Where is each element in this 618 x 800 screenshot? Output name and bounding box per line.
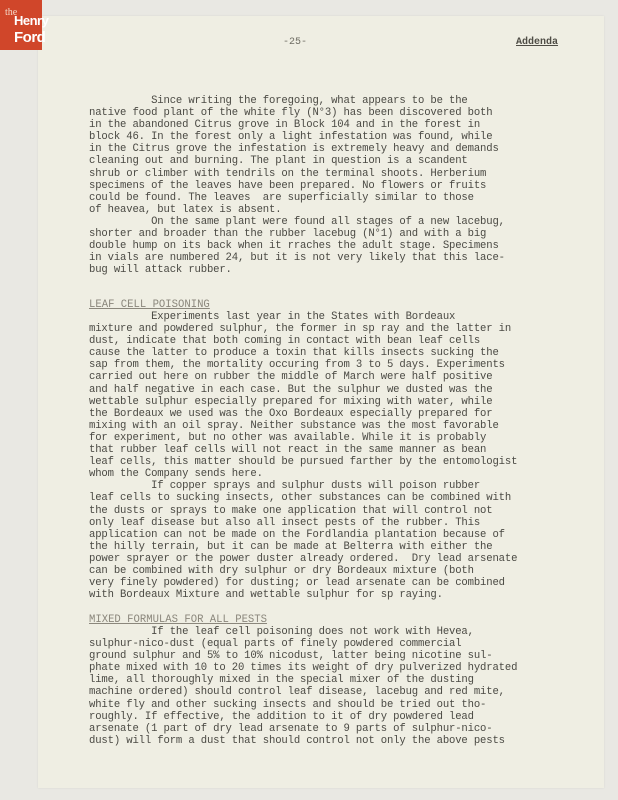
text-line: whom the Company sends here.	[89, 468, 517, 480]
text-line: that rubber leaf cells will not react in…	[89, 444, 517, 456]
text-line: If copper sprays and sulphur dusts will …	[89, 480, 517, 492]
heading-mixed-formulas: MIXED FORMULAS FOR ALL PESTS	[89, 614, 267, 626]
text-line: double hump on its back when it rraches …	[89, 240, 505, 252]
text-line: the dusts or sprays to make one applicat…	[89, 505, 517, 517]
text-line: only leaf disease but also all insect pe…	[89, 517, 517, 529]
text-line: block 46. In the forest only a light inf…	[89, 131, 505, 143]
text-line: in vials are numbered 24, but it is not …	[89, 252, 505, 264]
text-line: lime, all thoroughly mixed in the specia…	[89, 674, 517, 686]
text-line: cleaning out and burning. The plant in q…	[89, 155, 505, 167]
text-line: for experiment, but no other was availab…	[89, 432, 517, 444]
text-line: mixing with an oil spray. Neither substa…	[89, 420, 517, 432]
text-line: could be found. The leaves are superfici…	[89, 192, 505, 204]
text-line: shorter and broader than the rubber lace…	[89, 228, 505, 240]
text-line: can be combined with dry sulphur or dry …	[89, 565, 517, 577]
text-line: arsenate (1 part of dry lead arsenate to…	[89, 723, 517, 735]
section-label: Addenda	[516, 37, 558, 48]
text-line: mixture and powdered sulphur, the former…	[89, 323, 517, 335]
paragraph-leaf-cell-poisoning: Experiments last year in the States with…	[89, 311, 517, 601]
text-line: On the same plant were found all stages …	[89, 216, 505, 228]
logo-henry: Henry	[14, 14, 48, 27]
text-line: of heavea, but latex is absent.	[89, 204, 505, 216]
henry-ford-logo: the Henry Ford	[0, 0, 42, 50]
text-line: native food plant of the white fly (N°3)…	[89, 107, 505, 119]
text-line: machine ordered) should control leaf dis…	[89, 686, 517, 698]
text-line: power sprayer or the power duster alread…	[89, 553, 517, 565]
text-line: in the Citrus grove the infestation is e…	[89, 143, 505, 155]
text-line: ground sulphur and 5% to 10% nicodust, l…	[89, 650, 517, 662]
text-line: specimens of the leaves have been prepar…	[89, 180, 505, 192]
text-line: bug will attack rubber.	[89, 264, 505, 276]
text-line: and half negative in each case. But the …	[89, 384, 517, 396]
text-line: shrub or climber with tendrils on the te…	[89, 168, 505, 180]
text-line: leaf cells, this matter should be pursue…	[89, 456, 517, 468]
text-line: wettable sulphur especially prepared for…	[89, 396, 517, 408]
text-line: cause the latter to produce a toxin that…	[89, 347, 517, 359]
text-line: very finely powdered) for dusting; or le…	[89, 577, 517, 589]
text-line: carried out here on rubber the middle of…	[89, 371, 517, 383]
text-line: roughly. If effective, the addition to i…	[89, 711, 517, 723]
text-line: in the abandoned Citrus grove in Block 1…	[89, 119, 505, 131]
text-line: dust) will form a dust that should contr…	[89, 735, 517, 747]
text-line: leaf cells to sucking insects, other sub…	[89, 492, 517, 504]
text-line: the hilly terrain, but it can be made at…	[89, 541, 517, 553]
text-line: dust, indicate that both coming in conta…	[89, 335, 517, 347]
text-line: sulphur-nico-dust (equal parts of finely…	[89, 638, 517, 650]
text-line: with Bordeaux Mixture and wettable sulph…	[89, 589, 517, 601]
text-line: the Bordeaux we used was the Oxo Bordeau…	[89, 408, 517, 420]
paragraph-mixed-formulas: If the leaf cell poisoning does not work…	[89, 626, 517, 747]
text-line: Experiments last year in the States with…	[89, 311, 517, 323]
text-line: Since writing the foregoing, what appear…	[89, 95, 505, 107]
logo-ford: Ford	[14, 30, 45, 45]
heading-leaf-cell-poisoning: LEAF CELL POISONING	[89, 299, 210, 311]
text-line: white fly and other sucking insects and …	[89, 699, 517, 711]
text-line: phate mixed with 10 to 20 times its weig…	[89, 662, 517, 674]
text-line: sap from them, the mortality occuring fr…	[89, 359, 517, 371]
text-line: application can not be made on the Fordl…	[89, 529, 517, 541]
paragraph-white-fly: Since writing the foregoing, what appear…	[89, 95, 505, 276]
text-line: If the leaf cell poisoning does not work…	[89, 626, 517, 638]
page-number: -25-	[283, 37, 307, 48]
